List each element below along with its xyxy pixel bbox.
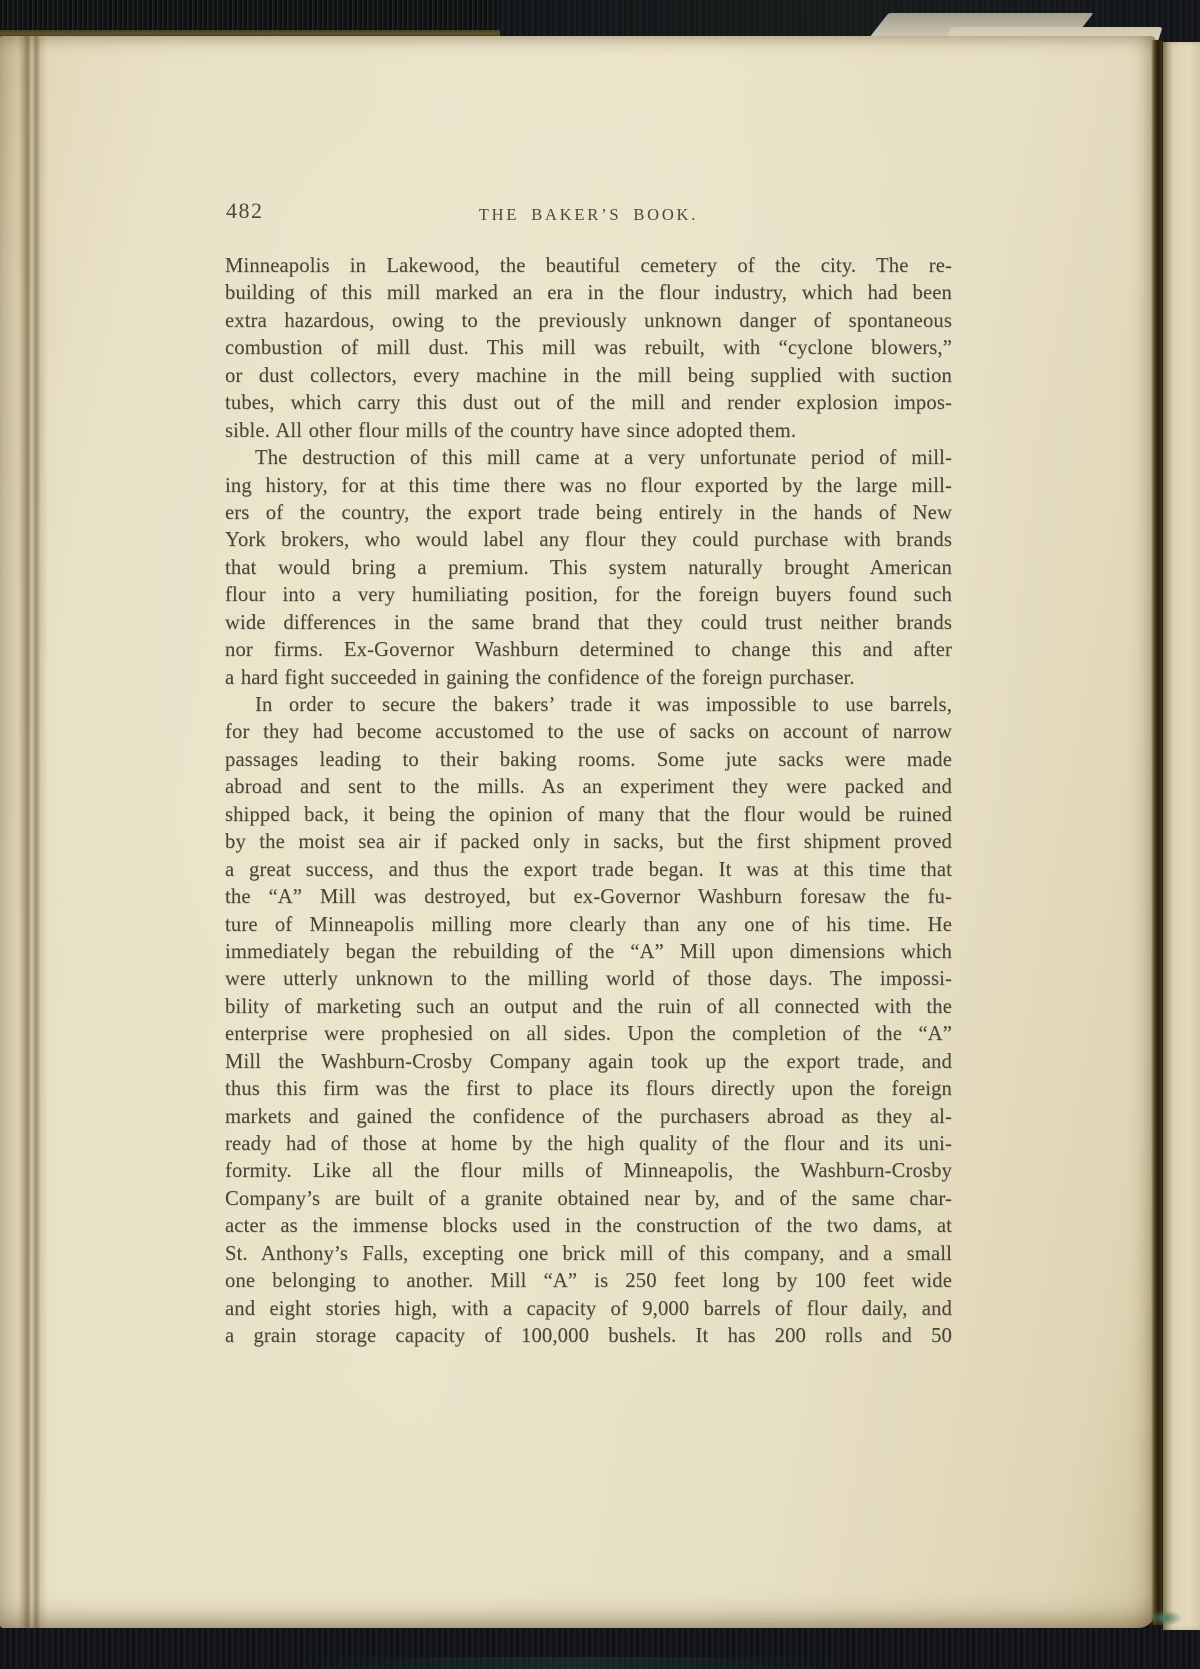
text-line: building of this mill marked an era in t… <box>225 280 952 307</box>
text-line: ture of Minneapolis milling more clearly… <box>225 912 952 939</box>
text-line: bility of marketing such an output and t… <box>225 994 952 1021</box>
text-line: York brokers, who would label any flour … <box>225 527 952 554</box>
book-page: 482 THE BAKER’S BOOK. Minneapolis in Lak… <box>0 36 1156 1628</box>
text-line: by the moist sea air if packed only in s… <box>225 829 952 856</box>
text-line: Minneapolis in Lakewood, the beautiful c… <box>225 253 952 280</box>
text-line: the “A” Mill was destroyed, but ex-Gover… <box>225 884 952 911</box>
text-line: a great success, and thus the export tra… <box>225 857 952 884</box>
text-line: were utterly unknown to the milling worl… <box>225 966 952 993</box>
running-header: THE BAKER’S BOOK. <box>225 205 952 225</box>
text-line: for they had become accustomed to the us… <box>225 719 952 746</box>
text-line: ready had of those at home by the high q… <box>225 1131 952 1158</box>
text-line: thus this firm was the first to place it… <box>225 1076 952 1103</box>
text-line: extra hazardous, owing to the previously… <box>225 308 952 335</box>
text-line: immediately began the rebuilding of the … <box>225 939 952 966</box>
text-line: or dust collectors, every machine in the… <box>225 363 952 390</box>
book-scan: 482 THE BAKER’S BOOK. Minneapolis in Lak… <box>0 0 1200 1669</box>
teal-fleck <box>1148 1610 1182 1626</box>
text-line: and eight stories high, with a capacity … <box>225 1296 952 1323</box>
text-line: wide differences in the same brand that … <box>225 610 952 637</box>
text-line: markets and gained the confidence of the… <box>225 1104 952 1131</box>
text-line: flour into a very humiliating position, … <box>225 582 952 609</box>
text-line: enterprise were prophesied on all sides.… <box>225 1021 952 1048</box>
text-line: one belonging to another. Mill “A” is 25… <box>225 1268 952 1295</box>
text-line: that would bring a premium. This system … <box>225 555 952 582</box>
gutter-fold-lines <box>18 36 48 1628</box>
text-line: combustion of mill dust. This mill was r… <box>225 335 952 362</box>
text-line: a grain storage capacity of 100,000 bush… <box>225 1323 952 1350</box>
text-line: Company’s are built of a granite obtaine… <box>225 1186 952 1213</box>
bottom-cloth-tint <box>300 1657 840 1669</box>
text-line: tubes, which carry this dust out of the … <box>225 390 952 417</box>
text-line: a hard fight succeeded in gaining the co… <box>225 665 952 692</box>
book-headband <box>0 0 500 33</box>
text-line: The destruction of this mill came at a v… <box>225 445 952 472</box>
text-line: abroad and sent to the mills. As an expe… <box>225 774 952 801</box>
text-line: formity. Like all the flour mills of Min… <box>225 1158 952 1185</box>
page-body: Minneapolis in Lakewood, the beautiful c… <box>225 253 952 1351</box>
text-line: passages leading to their baking rooms. … <box>225 747 952 774</box>
text-line: sible. All other flour mills of the coun… <box>225 418 952 445</box>
text-line: Mill the Washburn-Crosby Company again t… <box>225 1049 952 1076</box>
text-line: In order to secure the bakers’ trade it … <box>225 692 952 719</box>
text-line: St. Anthony’s Falls, excepting one brick… <box>225 1241 952 1268</box>
text-line: nor firms. Ex-Governor Washburn determin… <box>225 637 952 664</box>
text-line: ing history, for at this time there was … <box>225 473 952 500</box>
text-line: ers of the country, the export trade bei… <box>225 500 952 527</box>
text-line: acter as the immense blocks used in the … <box>225 1213 952 1240</box>
text-line: shipped back, it being the opinion of ma… <box>225 802 952 829</box>
next-page-edge <box>1163 42 1200 1630</box>
